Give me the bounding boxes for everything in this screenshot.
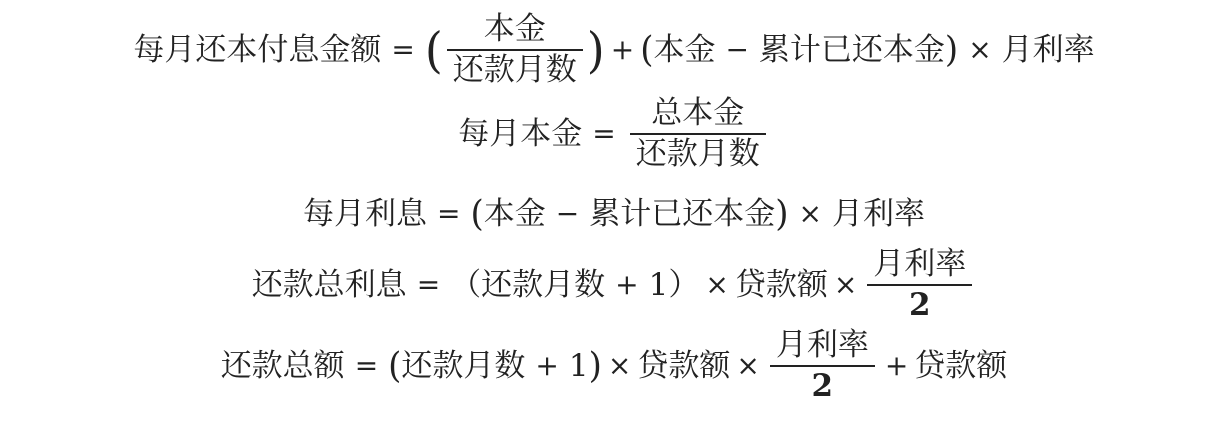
close-paren: ) bbox=[775, 196, 788, 232]
fraction-denominator: 2 bbox=[903, 289, 937, 322]
fraction-denominator: 还款月数 bbox=[447, 54, 583, 87]
plus-sign: + bbox=[885, 352, 908, 380]
formula-total-repayment: 还款总额 = ( 还款月数 + 1 ) × 贷款额 × 月利率 2 + 贷款额 bbox=[0, 326, 1228, 406]
close-paren: ) bbox=[587, 26, 605, 74]
term-monthly-rate: 月利率 bbox=[832, 199, 925, 230]
term-one: 1 bbox=[649, 270, 669, 301]
term-loan-amount: 贷款额 bbox=[735, 270, 828, 301]
term-loan-amount: 贷款额 bbox=[637, 351, 730, 382]
open-paren: ( bbox=[425, 26, 443, 74]
term-cumulative-repaid: 累计已还本金 bbox=[589, 199, 775, 230]
term-repayment-months: 还款月数 bbox=[401, 351, 525, 382]
fraction-numerator: 总本金 bbox=[645, 97, 750, 130]
equals-sign: = bbox=[417, 271, 440, 299]
fraction: 月利率 2 bbox=[770, 329, 875, 404]
fraction-numerator: 月利率 bbox=[770, 329, 875, 362]
times-sign: × bbox=[608, 352, 631, 380]
plus-sign: + bbox=[611, 36, 634, 64]
formula-lhs: 每月本金 bbox=[458, 119, 582, 150]
minus-sign: − bbox=[725, 36, 748, 64]
formula-total-interest: 还款总利息 = （ 还款月数 + 1 ） × 贷款额 × 月利率 2 bbox=[0, 244, 1228, 326]
equals-sign: = bbox=[355, 352, 378, 380]
formula-lhs: 还款总额 bbox=[221, 351, 345, 382]
term-principal: 本金 bbox=[484, 199, 546, 230]
fraction-bar bbox=[867, 284, 972, 286]
times-sign: × bbox=[736, 352, 759, 380]
fraction-denominator: 还款月数 bbox=[630, 138, 766, 171]
close-paren: ) bbox=[589, 348, 602, 384]
close-paren: ) bbox=[945, 32, 958, 68]
formula-monthly-principal: 每月本金 = 总本金 还款月数 bbox=[0, 92, 1228, 176]
term-cumulative-repaid: 累计已还本金 bbox=[759, 35, 945, 66]
fraction-numerator: 本金 bbox=[478, 13, 552, 46]
formula-lhs: 每月还本付息金额 bbox=[133, 35, 381, 66]
close-paren-fullwidth: ） bbox=[668, 270, 699, 301]
fraction-bar bbox=[630, 133, 766, 135]
open-paren: ( bbox=[471, 196, 484, 232]
minus-sign: − bbox=[556, 200, 579, 228]
fraction-bar bbox=[447, 49, 583, 51]
formula-monthly-payment: 每月还本付息金额 = ( 本金 还款月数 ) + ( 本金 − 累计已还本金 )… bbox=[0, 8, 1228, 92]
fraction-denominator: 2 bbox=[806, 370, 840, 403]
times-sign: × bbox=[834, 271, 857, 299]
fraction-numerator: 月利率 bbox=[867, 248, 972, 281]
times-sign: × bbox=[705, 271, 728, 299]
term-repayment-months: 还款月数 bbox=[481, 270, 605, 301]
times-sign: × bbox=[968, 36, 991, 64]
plus-sign: + bbox=[615, 271, 638, 299]
equals-sign: = bbox=[592, 120, 615, 148]
formula-lhs: 还款总利息 bbox=[252, 270, 407, 301]
term-loan-amount: 贷款额 bbox=[914, 351, 1007, 382]
open-paren-fullwidth: （ bbox=[450, 270, 481, 301]
fraction: 总本金 还款月数 bbox=[630, 97, 766, 172]
open-paren: ( bbox=[388, 348, 401, 384]
open-paren: ( bbox=[640, 32, 653, 68]
formula-monthly-interest: 每月利息 = ( 本金 − 累计已还本金 ) × 月利率 bbox=[0, 192, 1228, 236]
fraction: 月利率 2 bbox=[867, 248, 972, 323]
fraction: 本金 还款月数 bbox=[447, 13, 583, 88]
term-principal: 本金 bbox=[653, 35, 715, 66]
plus-sign: + bbox=[535, 352, 558, 380]
equals-sign: = bbox=[391, 36, 414, 64]
term-one: 1 bbox=[569, 351, 589, 382]
term-monthly-rate: 月利率 bbox=[1002, 35, 1095, 66]
equals-sign: = bbox=[437, 200, 460, 228]
formula-lhs: 每月利息 bbox=[303, 199, 427, 230]
times-sign: × bbox=[799, 200, 822, 228]
fraction-bar bbox=[770, 365, 875, 367]
